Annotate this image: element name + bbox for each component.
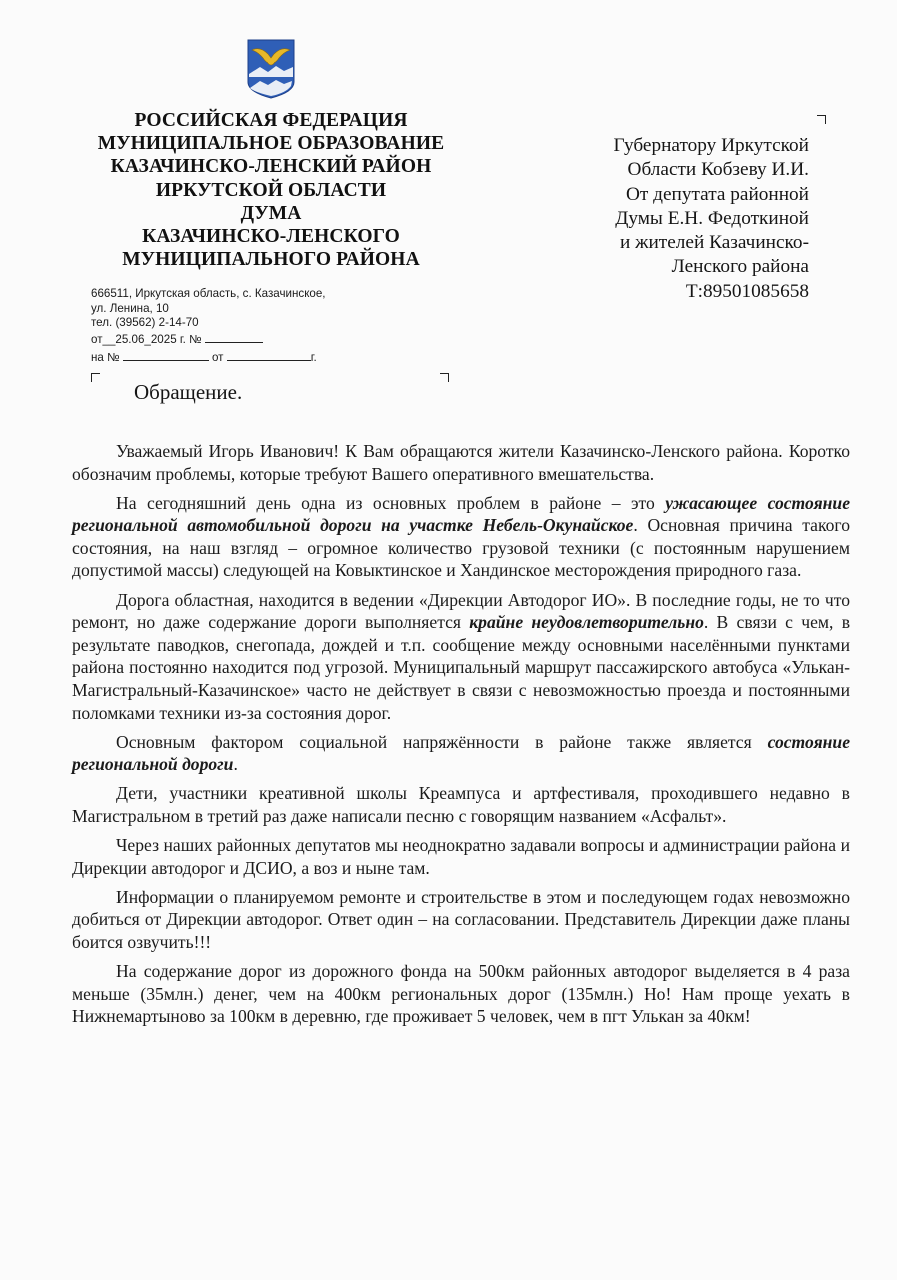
coat-of-arms-icon (246, 38, 296, 100)
ref-from: от (212, 351, 224, 364)
paragraph-road-condition: На сегодняшний день одна из основных про… (72, 492, 850, 582)
paragraph-funding: На содержание дорог из дорожного фонда н… (72, 960, 850, 1028)
address-line-2: ул. Ленина, 10 (91, 302, 326, 317)
org-line-region: ИРКУТСКОЙ ОБЛАСТИ (88, 179, 454, 202)
date-number-line: от__25.06_2025 г. № (91, 331, 326, 348)
paragraph-information: Информации о планируемом ремонте и строи… (72, 886, 850, 954)
ref-suffix: г. (311, 351, 317, 364)
org-line-district: КАЗАЧИНСКО-ЛЕНСКИЙ РАЙОН (88, 155, 454, 178)
addressee-line: Области Кобзеву И.И. (529, 158, 809, 182)
date-prefix: от__25.06_2025 г. № (91, 333, 202, 346)
paragraph-children-song: Дети, участники креативной школы Креампу… (72, 782, 850, 827)
text-segment: . (233, 754, 237, 774)
addressee-phone: Т:89501085658 (529, 280, 809, 304)
paragraph-road-management: Дорога областная, находится в ведении «Д… (72, 589, 850, 725)
addressee-line: Думы Е.Н. Федоткиной (529, 207, 809, 231)
reference-line: на № от г. (91, 349, 317, 364)
text-segment: Дети, участники креативной школы Креампу… (72, 783, 850, 826)
addressee-line: Губернатору Иркутской (529, 134, 809, 158)
org-line-municipal-district: МУНИЦИПАЛЬНОГО РАЙОНА (88, 248, 454, 271)
ref-date-blank (227, 349, 311, 361)
document-title: Обращение. (134, 380, 242, 405)
addressee-block: Губернатору Иркутской Области Кобзеву И.… (529, 134, 809, 304)
phone-line: тел. (39562) 2-14-70 (91, 316, 326, 331)
org-line-country: РОССИЙСКАЯ ФЕДЕРАЦИЯ (88, 109, 454, 132)
organization-header: РОССИЙСКАЯ ФЕДЕРАЦИЯ МУНИЦИПАЛЬНОЕ ОБРАЗ… (88, 109, 454, 271)
addressee-line: и жителей Казачинско- (529, 231, 809, 255)
ref-number-blank (123, 349, 209, 361)
text-segment: На содержание дорог из дорожного фонда н… (72, 961, 850, 1026)
ref-prefix: на № (91, 351, 120, 364)
emphasized-text: крайне неудовлетворительно (469, 612, 704, 632)
org-line-municipality: МУНИЦИПАЛЬНОЕ ОБРАЗОВАНИЕ (88, 132, 454, 155)
corner-mark-left (91, 373, 100, 382)
text-segment: Информации о планируемом ремонте и строи… (72, 887, 850, 952)
addressee-line: Ленского района (529, 255, 809, 279)
org-line-duma: ДУМА (88, 202, 454, 225)
number-blank (205, 331, 263, 343)
letter-page: РОССИЙСКАЯ ФЕДЕРАЦИЯ МУНИЦИПАЛЬНОЕ ОБРАЗ… (0, 0, 897, 1280)
corner-mark-right (440, 373, 449, 382)
paragraph-greeting: Уважаемый Игорь Иванович! К Вам обращают… (72, 440, 850, 485)
org-line-district-genitive: КАЗАЧИНСКО-ЛЕНСКОГО (88, 225, 454, 248)
addressee-line: От депутата районной (529, 183, 809, 207)
text-segment: Уважаемый Игорь Иванович! К Вам обращают… (72, 441, 850, 484)
corner-mark-addressee (817, 115, 826, 124)
address-line-1: 666511, Иркутская область, с. Казачинско… (91, 287, 326, 302)
document-body: Уважаемый Игорь Иванович! К Вам обращают… (72, 440, 850, 1032)
paragraph-deputies: Через наших районных депутатов мы неодно… (72, 834, 850, 879)
text-segment: На сегодняшний день одна из основных про… (116, 493, 665, 513)
text-segment: Через наших районных депутатов мы неодно… (72, 835, 850, 878)
paragraph-social-tension: Основным фактором социальной напряжённос… (72, 731, 850, 776)
contact-block: 666511, Иркутская область, с. Казачинско… (91, 287, 326, 347)
text-segment: Основным фактором социальной напряжённос… (116, 732, 768, 752)
